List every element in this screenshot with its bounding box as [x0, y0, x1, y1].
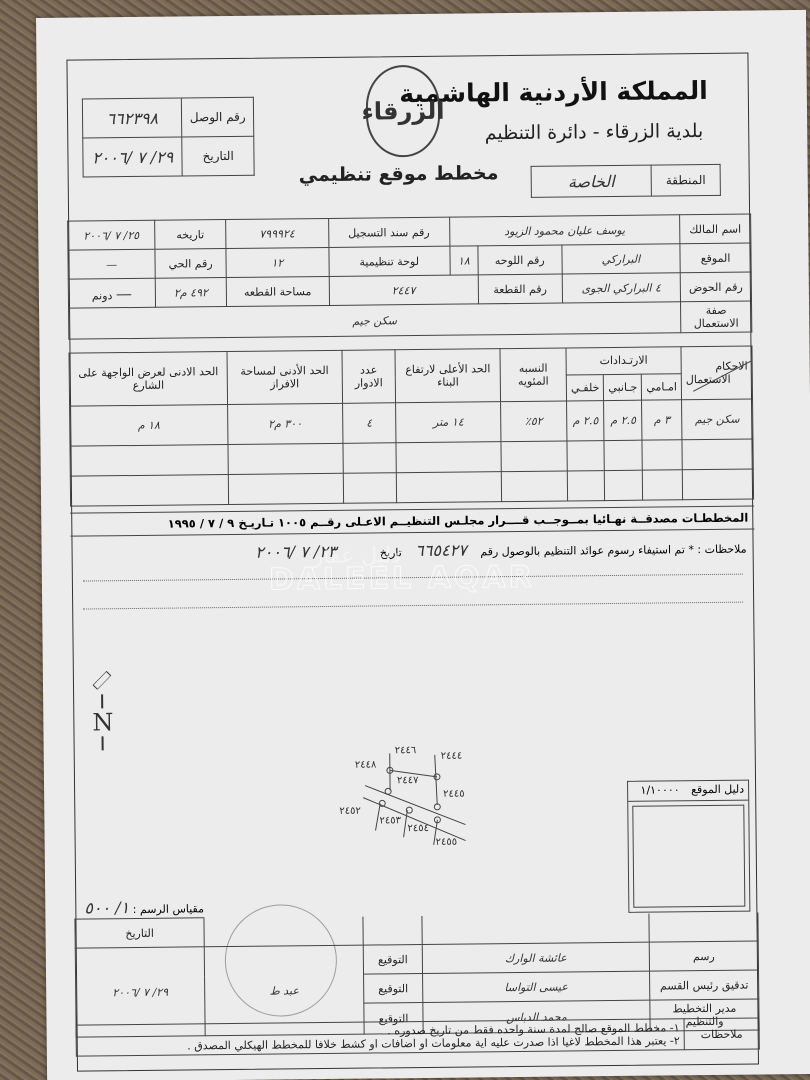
- regulations-table: الاحكام الاستعمال الارتـدادات النسبه الم…: [69, 346, 755, 507]
- planning-document: المملكة الأردنية الهاشمية بلدية الزرقاء …: [36, 10, 810, 1080]
- deed-number-value: ٧٩٩٩٢٤: [226, 218, 329, 248]
- parcel-label: ٢٤٤٨: [355, 759, 377, 770]
- regulations-corner: الاحكام الاستعمال: [681, 346, 753, 400]
- north-arrow-icon: N: [92, 670, 113, 750]
- zone-label: المنطقة: [651, 164, 720, 196]
- site-guide-header: دليل الموقع ١/١٠٠٠٠: [628, 781, 748, 802]
- parcel-label: ٢٤٤٦: [395, 745, 417, 756]
- district-value: —: [68, 249, 155, 279]
- front-cell: ٣ م: [642, 400, 682, 440]
- north-label: N: [92, 708, 112, 736]
- owner-name-value: يوسف عليان محمود الزيود: [449, 215, 679, 246]
- kingdom-title: المملكة الأردنية الهاشمية: [399, 76, 708, 108]
- municipality-subtitle: بلدية الزرقاء - دائرة التنظيم: [485, 120, 704, 144]
- remarks-label: ملاحظات: [684, 1018, 759, 1050]
- use-cell: سكن جيم: [682, 399, 753, 440]
- deed-date-value: ٢٥/ ٧ /٢٠٠٦: [68, 220, 155, 250]
- parcel-area-label: مساحة القطعه: [226, 276, 329, 306]
- sketch-labels: ٢٤٤٦ ٢٤٤٤ ٢٤٤٨ ٢٤٤٧ ٢٤٤٥ ٢٤٥٢ ٢٤٥٣ ٢٤٥٤ …: [325, 744, 486, 856]
- document-frame: المملكة الأردنية الهاشمية بلدية الزرقاء …: [66, 53, 759, 1072]
- parcel-label: ٢٤٤٥: [443, 789, 465, 800]
- name-drawn: عائشة الوارك: [422, 942, 649, 973]
- max-height-header: الحد الأعلى لارتفاع البناء: [395, 349, 500, 403]
- min-subdivision-header: الحد الأدنى لمساحة الافراز: [227, 350, 342, 404]
- receipt-date-label: التاريخ: [182, 136, 254, 176]
- side-setback-header: جـانبي: [604, 374, 642, 401]
- owner-name-label: اسم المالك: [680, 214, 751, 244]
- setbacks-header: الارتـدادات: [566, 347, 681, 375]
- receipt-number-value: ٦٦٢٣٩٨: [82, 98, 182, 138]
- watermark-latin: DALEEL AQAR: [269, 560, 535, 598]
- drawing-scale-value: ١/ ٥٠٠: [84, 898, 129, 917]
- deed-date-label: تاريخه: [155, 220, 226, 250]
- zone-value: الخاصة: [531, 165, 651, 197]
- min-frontage-cell: ١٨ م: [70, 405, 229, 447]
- parcel-label: ٢٤٤٤: [441, 751, 463, 762]
- site-guide-box: دليل الموقع ١/١٠٠٠٠: [627, 780, 750, 913]
- parcel-number-label: رقم القطعة: [478, 274, 562, 304]
- planning-sheet-label: لوحة تنظيمية: [328, 246, 450, 276]
- role-drawn: رسم: [649, 941, 758, 971]
- remarks-table: ملاحظات ١- مخطط الموقع صالح لمدة سنة واح…: [76, 1017, 760, 1056]
- parcel-label: ٢٤٤٧: [397, 775, 419, 786]
- parcel-label: ٢٤٥٢: [339, 806, 361, 817]
- sign-label: التوقيع: [363, 945, 422, 975]
- receipt-date-value: ٢٩/ ٧ /٢٠٠٦: [83, 137, 183, 177]
- side-cell: ٢.٥ م: [604, 400, 642, 440]
- district-label: رقم الحي: [155, 249, 226, 279]
- name-checked: عيسى التواسا: [423, 971, 650, 1002]
- receipt-number-label: رقم الوصل: [182, 97, 254, 137]
- parcel-area-value: ٤٩٢ م٢: [155, 278, 226, 308]
- usage-value: سكن جيم: [69, 302, 681, 339]
- planning-sheet-value: ١٢: [226, 247, 329, 277]
- min-frontage-header: الحد الادنى لعرض الواجهة على الشارع: [69, 352, 228, 407]
- parcel-info-table: اسم المالك يوسف عليان محمود الزيود رقم س…: [67, 214, 752, 340]
- sheet-value: ١٨: [450, 246, 478, 275]
- corner-top-label: الاحكام: [686, 360, 748, 374]
- remarks-list: ١- مخطط الموقع صالح لمدة سنة واحده فقط م…: [76, 1019, 684, 1056]
- dunum-cell: — دونم: [68, 278, 155, 308]
- deed-number-label: رقم سند التسجيل: [328, 217, 450, 247]
- logo-text: الزرقاء: [361, 97, 444, 126]
- basin-value: ٤ البراركي الجوى: [562, 273, 681, 303]
- receipt-box: رقم الوصل ٦٦٢٣٩٨ التاريخ ٢٩/ ٧ /٢٠٠٦: [82, 97, 255, 178]
- rear-cell: ٢.٥ م: [567, 401, 605, 441]
- document-title: مخطط موقع تنظيمي: [299, 162, 499, 186]
- role-checked: تدقيق رئيس القسم: [650, 970, 759, 1000]
- site-guide-map: [632, 805, 745, 908]
- parcel-label: ٢٤٥٣: [379, 815, 401, 826]
- dunum-label: دونم: [92, 289, 113, 302]
- max-height-cell: ١٤ متر: [396, 402, 501, 443]
- corner-bottom-label: الاستعمال: [686, 373, 748, 387]
- date-header: التاريخ: [75, 918, 204, 948]
- min-subdivision-cell: ٣٠٠ م٢: [228, 403, 343, 444]
- site-guide-label: دليل الموقع: [691, 783, 744, 797]
- dotted-line: [83, 602, 743, 610]
- basin-label: رقم الحوض: [680, 272, 751, 302]
- floors-header: عدد الادوار: [341, 350, 395, 404]
- dunum-value: —: [116, 284, 132, 303]
- drawing-scale-label: مقياس الرسم: [140, 902, 204, 916]
- front-setback-header: امـامي: [642, 373, 682, 400]
- parcel-label: ٢٤٥٤: [407, 823, 429, 834]
- fees-receipt-value: ٦٦٥٤٢٧: [415, 541, 467, 561]
- site-label: الموقع: [680, 243, 751, 273]
- rear-setback-header: خلفـي: [566, 374, 604, 401]
- sign-label: التوقيع: [364, 974, 423, 1004]
- municipality-logo: الزرقاء: [366, 65, 441, 158]
- percentage-cell: ٥٢٪: [500, 401, 567, 442]
- parcel-number-value: ٢٤٤٧: [329, 275, 479, 306]
- parcel-label: ٢٤٥٥: [436, 837, 458, 848]
- site-guide-scale: ١/١٠٠٠٠: [640, 783, 679, 796]
- fees-note-text: ملاحظات : * تم استيفاء رسوم عوائد التنظي…: [480, 543, 746, 559]
- percentage-header: النسبه المئويه: [500, 348, 567, 402]
- sheet-label: رقم اللوحه: [478, 245, 562, 275]
- floors-cell: ٤: [342, 403, 396, 444]
- zone-box: المنطقة الخاصة: [531, 164, 721, 198]
- usage-label: صفة الاستعمال: [681, 301, 752, 333]
- drawing-scale: مقياس الرسم : ١/ ٥٠٠: [84, 897, 204, 917]
- site-value: البراركي: [562, 244, 681, 274]
- table-row: [70, 469, 753, 506]
